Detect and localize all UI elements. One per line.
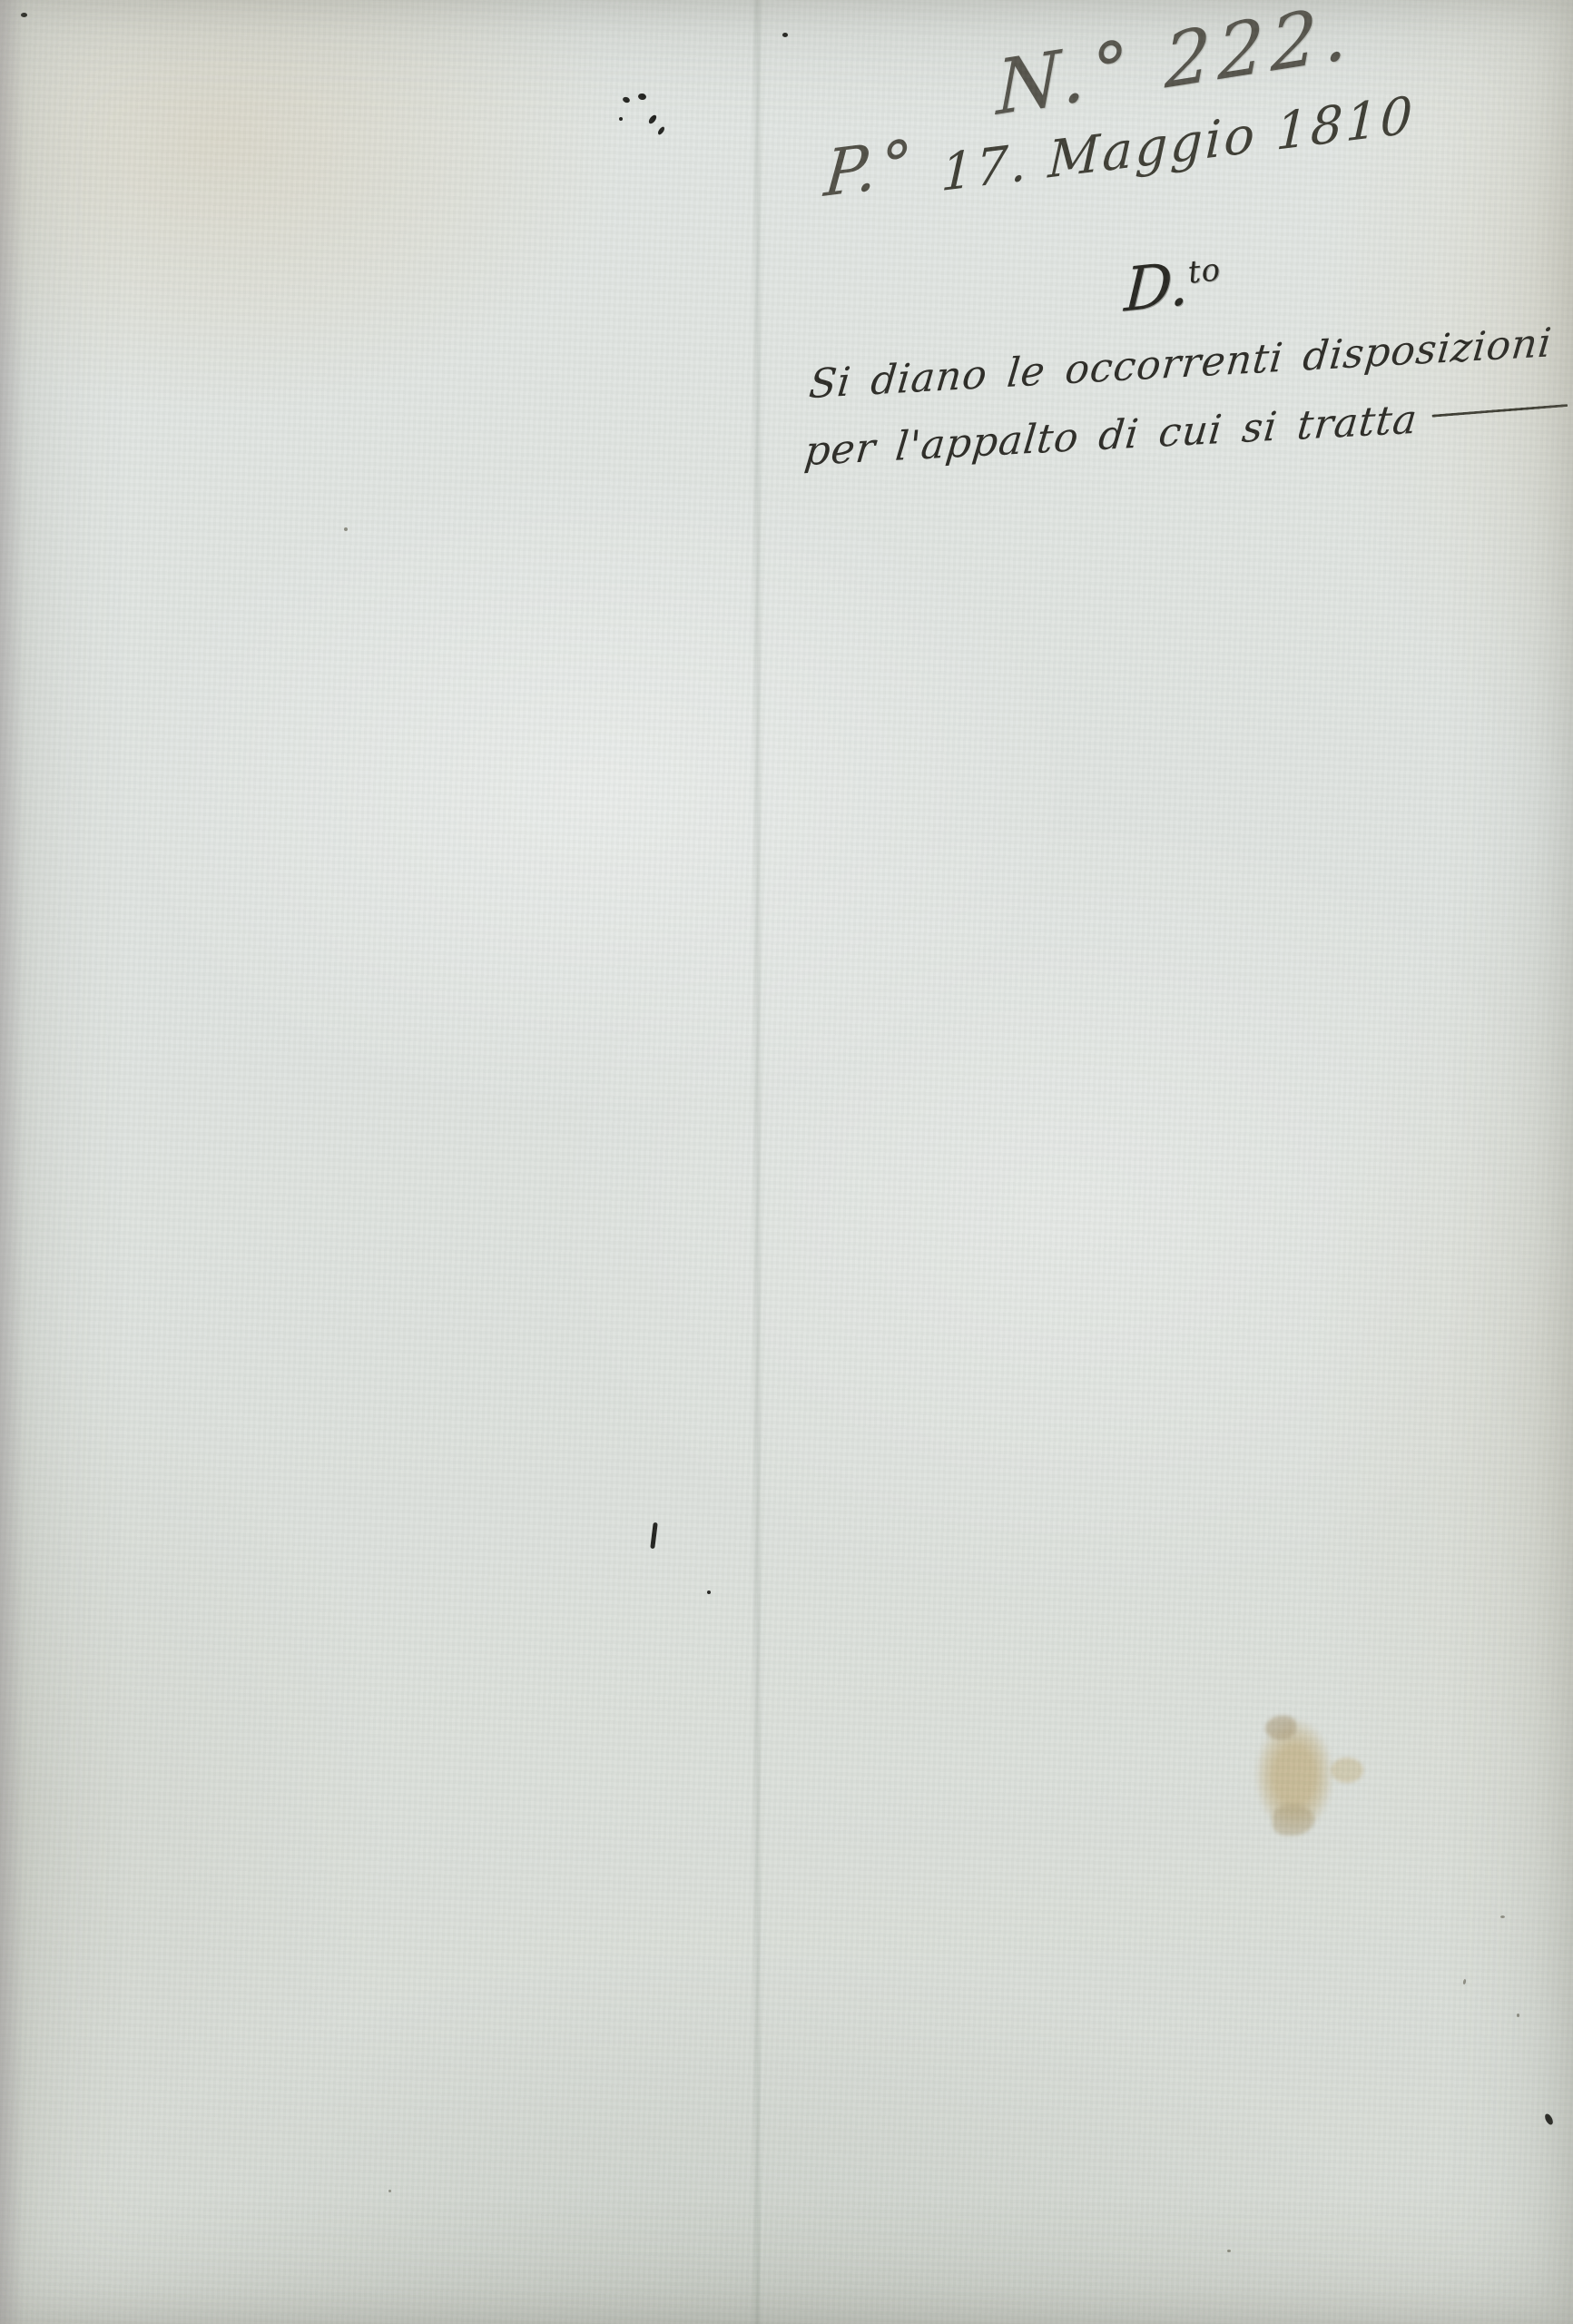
paper-stain-dark-edge <box>1273 1805 1314 1836</box>
flourish-dash <box>1431 404 1568 418</box>
fiber-speck <box>1500 1915 1505 1918</box>
fiber-speck <box>388 2190 391 2192</box>
manuscript-page: N.° 222. P.°17. Maggio 1810 D.to Si dian… <box>0 0 1573 2324</box>
ink-speck <box>782 33 788 37</box>
left-edge-shading <box>0 0 24 2324</box>
decree-superscript: to <box>1186 251 1223 291</box>
fiber-speck <box>344 527 348 531</box>
ink-speck <box>647 113 658 124</box>
ink-speck <box>657 125 666 135</box>
ink-speck <box>21 13 27 17</box>
ink-speck <box>622 96 631 103</box>
ink-speck <box>707 1590 711 1594</box>
fiber-speck <box>1227 2250 1231 2252</box>
date-prefix: P.° <box>821 125 918 212</box>
ink-speck <box>1543 2112 1554 2126</box>
vertical-fold-crease <box>752 0 766 2324</box>
ink-speck <box>619 117 623 121</box>
paper-stain-dark-edge <box>1265 1716 1296 1739</box>
decree-base: D. <box>1123 248 1191 325</box>
note-text-2: per l'appalto di cui si tratta <box>802 396 1420 475</box>
paper-stain-satellite <box>1331 1758 1363 1783</box>
fiber-speck <box>1517 2014 1519 2017</box>
ink-speck <box>637 93 646 100</box>
ink-stroke-mark <box>650 1522 657 1549</box>
handwritten-decree-abbreviation: D.to <box>1121 245 1225 325</box>
fiber-speck <box>1462 1979 1466 1984</box>
